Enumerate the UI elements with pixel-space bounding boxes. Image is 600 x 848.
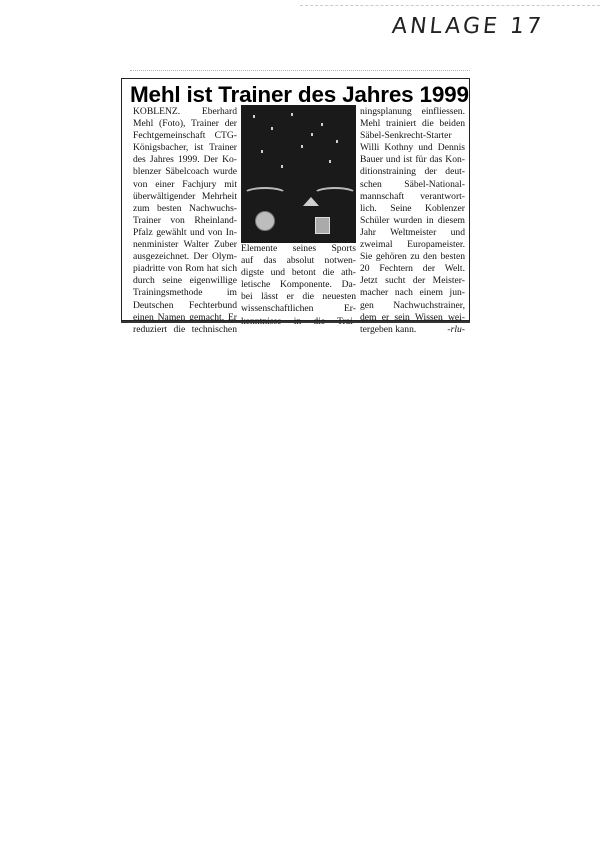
photo-speck	[321, 123, 323, 126]
text-line: durch seine eigenwillige	[133, 275, 237, 287]
photo-speck	[311, 133, 313, 136]
portrait-photo	[241, 105, 356, 243]
text-line: Mehl (Foto), Trainer der	[133, 118, 237, 130]
text-line: zweimal Europameister.	[360, 239, 465, 251]
text-line: ausgezeichnet. Der Olym-	[133, 251, 237, 263]
text-line: letische Komponente. Da-	[241, 279, 356, 291]
text-line: digste und betont die ath-	[241, 267, 356, 279]
text-line: überwältigender Mehrheit	[133, 191, 237, 203]
scan-top-edge-line	[300, 5, 600, 7]
text-line: Sie gehören zu den besten	[360, 251, 465, 263]
text-line: 20 Fechtern der Welt.	[360, 263, 465, 275]
photo-speck	[329, 160, 331, 163]
scan-noise-line	[130, 70, 470, 72]
article-column-3: ningsplanung einfliessen. Mehl trainiert…	[360, 106, 465, 336]
text-line: Fechtgemeinschaft CTG-	[133, 130, 237, 142]
text-line: zum besten Nachwuchs-	[133, 203, 237, 215]
text-line: tergeben kann. -rlu-	[360, 324, 465, 336]
text-line: Säbel-Senkrecht-Starter	[360, 130, 465, 142]
photo-speck	[301, 145, 303, 148]
text-line: kenntnisse in die Trai-	[241, 316, 356, 328]
text-line: von einer Fachjury mit	[133, 179, 237, 191]
article-column-2: Elemente seines Sports auf das absolut n…	[241, 243, 356, 328]
text-line: reduziert die technischen	[133, 324, 237, 336]
text-line: Jetzt sucht der Meister-	[360, 275, 465, 287]
text-line: einen Namen gemacht. Er	[133, 312, 237, 324]
text-line: Mehl trainiert die beiden	[360, 118, 465, 130]
text-line: dem er sein Wissen wei-	[360, 312, 465, 324]
club-logo-icon	[255, 211, 275, 231]
author-signature: -rlu-	[447, 324, 465, 336]
text-line: wissenschaftlichen Er-	[241, 303, 356, 315]
text-line: Bauer und ist für das Kon-	[360, 154, 465, 166]
text-line: Pfalz gewählt und von In-	[133, 227, 237, 239]
text-line: Elemente seines Sports	[241, 243, 356, 255]
text-line: macher nach einem jun-	[360, 287, 465, 299]
text-line: des Jahres 1999. Der Ko-	[133, 154, 237, 166]
text-line-end: tergeben kann.	[360, 324, 416, 336]
sportswear-logo-icon	[303, 197, 319, 206]
text-line: lich. Seine Koblenzer	[360, 203, 465, 215]
text-line: piadritte von Rom hat sich	[133, 263, 237, 275]
text-line: Schüler wurden in diesem	[360, 215, 465, 227]
text-line: Königsbacher, ist Trainer	[133, 142, 237, 154]
handwritten-annotation: ANLAGE 17	[391, 14, 546, 39]
shoulder-outline	[243, 187, 287, 201]
text-line: schen Säbel-National-	[360, 179, 465, 191]
photo-speck	[271, 127, 273, 130]
text-line: Trainer von Rheinland-	[133, 215, 237, 227]
photo-speck	[291, 113, 293, 116]
federal-eagle-icon	[315, 217, 330, 234]
text-line: ningsplanung einfliessen.	[360, 106, 465, 118]
photo-speck	[281, 165, 283, 168]
text-line: gen Nachwuchstrainer,	[360, 300, 465, 312]
text-line: Willi Kothny und Dennis	[360, 142, 465, 154]
shoulder-outline	[313, 187, 356, 201]
text-line: blenzer Säbelcoach wurde	[133, 166, 237, 178]
text-line: KOBLENZ. Eberhard	[133, 106, 237, 118]
photo-speck	[261, 150, 263, 153]
photo-speck	[336, 140, 338, 143]
text-line: auf das absolut notwen-	[241, 255, 356, 267]
newspaper-clipping: Mehl ist Trainer des Jahres 1999 KOBLENZ…	[121, 78, 470, 321]
text-line: Trainingsmethode im	[133, 287, 237, 299]
text-line: mannschaft verantwort-	[360, 191, 465, 203]
text-line: Jahr Weltmeister und	[360, 227, 465, 239]
photo-speck	[253, 115, 255, 118]
text-line: Deutschen Fechterbund	[133, 300, 237, 312]
text-line: ditionstraining der deut-	[360, 166, 465, 178]
text-line: bei lässt er die neuesten	[241, 291, 356, 303]
article-column-1: KOBLENZ. Eberhard Mehl (Foto), Trainer d…	[133, 106, 237, 336]
text-line: nenminister Walter Zuber	[133, 239, 237, 251]
